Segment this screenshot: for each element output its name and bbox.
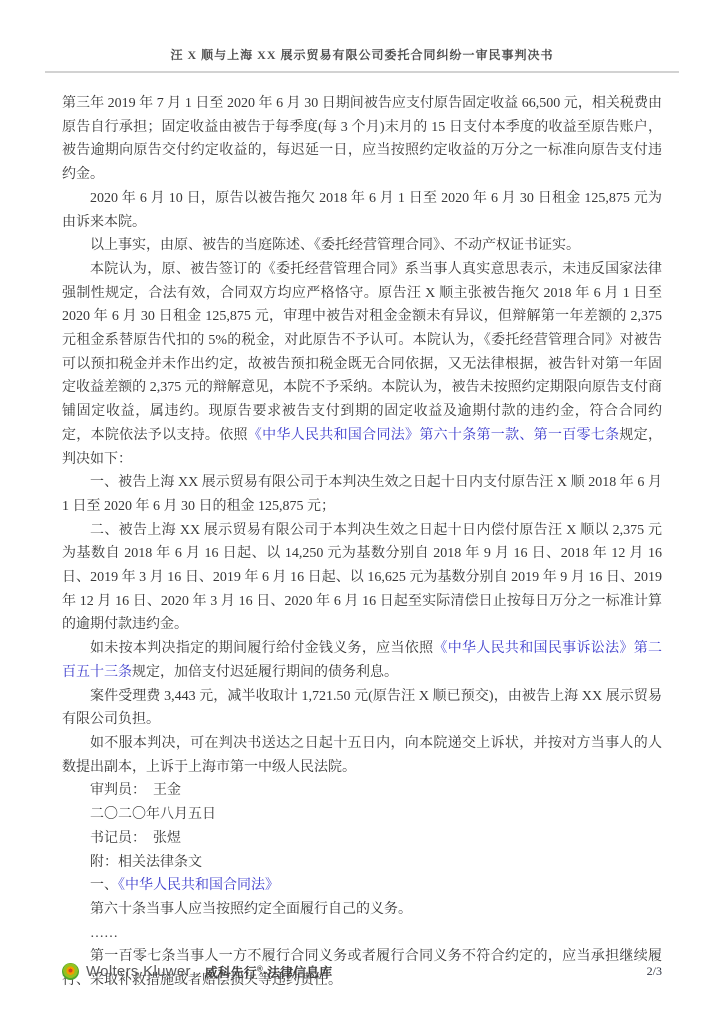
text-segment: 一、被告上海 XX 展示贸易有限公司于本判决生效之日起十日内支付原告汪 X 顺 …	[62, 475, 662, 514]
brand-lockup: Wolters Kluwer 威科先行®·法律信息库	[62, 962, 332, 981]
page-header: 汪 X 顺与上海 XX 展示贸易有限公司委托合同纠纷一审民事判决书	[0, 0, 724, 73]
text-segment: 一、	[90, 878, 118, 893]
paragraph: 案件受理费 3,443 元，减半收取计 1,721.50 元(原告汪 X 顺已预…	[62, 685, 662, 732]
statute-link[interactable]: 《中华人民共和国合同法》	[118, 878, 279, 893]
product-name: 威科先行®·法律信息库	[205, 962, 332, 981]
paragraph: 一、《中华人民共和国合同法》	[62, 874, 662, 898]
text-segment: 附：相关法律条文	[90, 855, 202, 870]
statute-link[interactable]: 《中华人民共和国合同法》第六十条第一款、第一百零七条	[248, 428, 620, 443]
paragraph: 本院认为，原、被告签订的《委托经营管理合同》系当事人真实意思表示，未违反国家法律…	[62, 258, 662, 471]
paragraph: 一、被告上海 XX 展示贸易有限公司于本判决生效之日起十日内支付原告汪 X 顺 …	[62, 471, 662, 518]
text-segment: 案件受理费 3,443 元，减半收取计 1,721.50 元(原告汪 X 顺已预…	[62, 689, 662, 728]
text-segment: 审判员： 王金	[90, 783, 181, 798]
paragraph: 如未按本判决指定的期间履行给付金钱义务，应当依照《中华人民共和国民事诉讼法》第二…	[62, 637, 662, 684]
text-segment: ……	[90, 926, 118, 941]
brand-name: Wolters Kluwer	[86, 963, 191, 980]
paragraph: 审判员： 王金	[62, 779, 662, 803]
text-segment: 以上事实，由原、被告的当庭陈述、《委托经营管理合同》、不动产权证书证实。	[90, 238, 580, 253]
text-segment: 如不服本判决，可在判决书送达之日起十五日内，向本院递交上诉状，并按对方当事人的人…	[62, 736, 662, 775]
document-body: 第三年 2019 年 7 月 1 日至 2020 年 6 月 30 日期间被告应…	[62, 92, 662, 993]
paragraph: 二〇二〇年八月五日	[62, 803, 662, 827]
document-title: 汪 X 顺与上海 XX 展示贸易有限公司委托合同纠纷一审民事判决书	[0, 0, 724, 63]
paragraph: 如不服本判决，可在判决书送达之日起十五日内，向本院递交上诉状，并按对方当事人的人…	[62, 732, 662, 779]
paragraph: 附：相关法律条文	[62, 851, 662, 875]
text-segment: 第六十条当事人应当按照约定全面履行自己的义务。	[90, 902, 412, 917]
text-segment: 二〇二〇年八月五日	[90, 807, 216, 822]
page-footer: Wolters Kluwer 威科先行®·法律信息库 2/3	[62, 962, 662, 981]
paragraph: 书记员： 张煜	[62, 827, 662, 851]
text-segment: 二、被告上海 XX 展示贸易有限公司于本判决生效之日起十日内偿付原告汪 X 顺以…	[62, 523, 662, 633]
paragraph: 第六十条当事人应当按照约定全面履行自己的义务。	[62, 898, 662, 922]
paragraph: 第三年 2019 年 7 月 1 日至 2020 年 6 月 30 日期间被告应…	[62, 92, 662, 187]
wolters-kluwer-logo-icon	[62, 963, 79, 980]
text-segment: 如未按本判决指定的期间履行给付金钱义务，应当依照	[90, 641, 433, 656]
text-segment: 2020 年 6 月 10 日，原告以被告拖欠 2018 年 6 月 1 日至 …	[62, 191, 662, 230]
product-title: 威科先行	[205, 965, 257, 980]
paragraph: 2020 年 6 月 10 日，原告以被告拖欠 2018 年 6 月 1 日至 …	[62, 187, 662, 234]
text-segment: 本院认为，原、被告签订的《委托经营管理合同》系当事人真实意思表示，未违反国家法律…	[62, 262, 662, 443]
header-divider	[45, 71, 679, 73]
paragraph: 二、被告上海 XX 展示贸易有限公司于本判决生效之日起十日内偿付原告汪 X 顺以…	[62, 519, 662, 638]
page-number: 2/3	[647, 964, 662, 979]
paragraph: ……	[62, 922, 662, 946]
text-segment: 第三年 2019 年 7 月 1 日至 2020 年 6 月 30 日期间被告应…	[62, 96, 662, 182]
text-segment: 书记员： 张煜	[90, 831, 181, 846]
judgment-page: 汪 X 顺与上海 XX 展示贸易有限公司委托合同纠纷一审民事判决书 第三年 20…	[0, 0, 724, 1024]
product-suffix: 法律信息库	[267, 965, 332, 980]
text-segment: 规定，加倍支付迟延履行期间的债务利息。	[132, 665, 398, 680]
paragraph: 以上事实，由原、被告的当庭陈述、《委托经营管理合同》、不动产权证书证实。	[62, 234, 662, 258]
